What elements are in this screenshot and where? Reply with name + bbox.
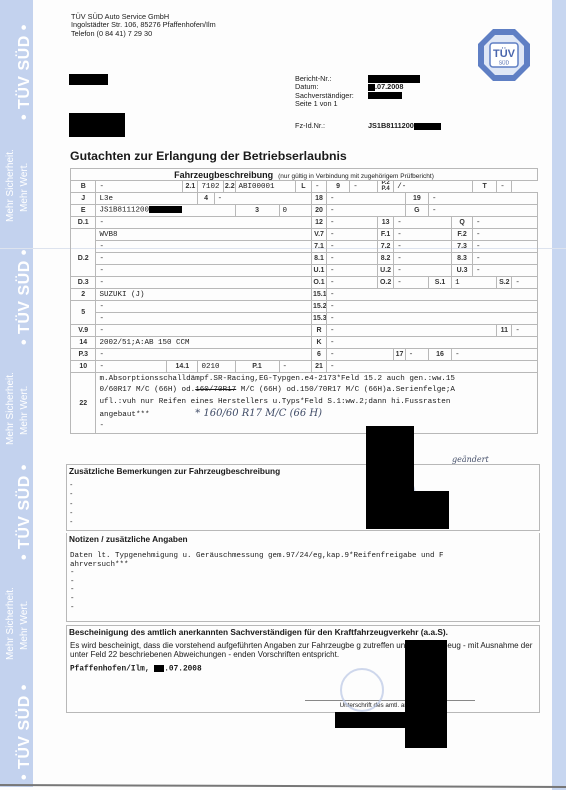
vehicle-description-table: Fahrzeugbeschreibung (nur gültig in Verb… [70, 168, 538, 434]
signature-label: Unterschrift des amtl. ane ständigen [305, 700, 475, 709]
table-row: - 7.1- 7.2- 7.3- [71, 241, 538, 253]
band-slogan-1: Mehr Sicherheit. [6, 587, 16, 660]
table-row: V.9- R- 11- [71, 325, 538, 337]
table-row: - 15.3- [71, 313, 538, 325]
table-row: - 8.1- 8.2- 8.3- [71, 253, 538, 265]
table-row: EJS1B8111200 30 20- G- [71, 205, 538, 217]
notes-lines: Daten lt. Typgenehmigung u. Geräuschmess… [67, 545, 539, 615]
vehicle-id-label: Fz-Id.Nr.: [295, 121, 368, 130]
svg-text:SÜD: SÜD [499, 60, 510, 67]
company-phone: Telefon (0 84 41) 7 29 30 [71, 30, 216, 38]
place-date: Pfaffenhofen/Ilm, .07.2008 [67, 663, 539, 676]
table-row: D.3- O.1- O.2- S.11 S.2- [71, 277, 538, 289]
band-slogan-2: Mehr Wert. [20, 601, 30, 650]
remarks-lines: ----- [67, 477, 539, 529]
document-page: • TÜV SÜD • Mehr Sicherheit. Mehr Wert. … [0, 0, 566, 790]
official-stamp-icon [340, 668, 384, 712]
band-slogan-2: Mehr Wert. [20, 386, 30, 435]
tuv-sud-logo-icon: TÜV SÜD [476, 27, 532, 83]
table-row: - U.1- U.2- U.3- [71, 265, 538, 277]
table-row: D.2 WVB8 V.7- F.1- F.2- [71, 229, 538, 241]
redaction [405, 640, 447, 748]
field-22-text: m.Absorptionsschalldämpf.SR-Racing,EG-Ty… [96, 373, 538, 434]
certification-heading: Bescheinigung des amtlich anerkannten Sa… [67, 626, 539, 638]
band-brand: • TÜV SÜD • [16, 24, 33, 120]
band-slogan-2: Mehr Wert. [20, 163, 30, 212]
redaction [368, 75, 420, 83]
notes-heading: Notizen / zusätzliche Angaben [67, 533, 539, 545]
redaction [368, 84, 375, 91]
report-meta: Bericht-Nr.: Datum:.07.2008 Sachverständ… [295, 75, 420, 108]
remarks-section: Zusätzliche Bemerkungen zur Fahrzeugbesc… [66, 464, 540, 531]
vehicle-description-header: Fahrzeugbeschreibung (nur gültig in Verb… [71, 169, 538, 181]
band-brand: • TÜV SÜD • [16, 464, 33, 560]
redaction [69, 113, 125, 137]
table-row: P.3- 6- 17- 16- [71, 349, 538, 361]
band-slogan-1: Mehr Sicherheit. [6, 149, 16, 222]
field-22-row: 22 m.Absorptionsschalldämpf.SR-Racing,EG… [71, 373, 538, 434]
remarks-heading: Zusätzliche Bemerkungen zur Fahrzeugbesc… [67, 465, 539, 477]
right-band [552, 0, 566, 790]
redaction [335, 712, 447, 728]
table-row: D.1- 12- 13- Q- [71, 217, 538, 229]
handwritten-correction: * 160/60 R17 M/C (66 H) [195, 408, 322, 419]
table-row: 142002/51;A:AB 150 CCM K- [71, 337, 538, 349]
page-title: Gutachten zur Erlangung der Betriebserla… [70, 149, 347, 163]
table-row: 5- 15.2- [71, 301, 538, 313]
redaction [69, 74, 108, 85]
band-brand: • TÜV SÜD • [16, 249, 33, 345]
certification-body: Es wird bescheinigt, dass die vorstehend… [67, 638, 539, 663]
page-edge [0, 784, 566, 788]
vehicle-id: Fz-Id.Nr.:JS1B8111200 [295, 121, 441, 130]
vehicle-id-value: JS1B8111200 [368, 121, 414, 130]
table-row: B- 2.17102 2.2ABI00001 L- 9- P.2P.4 /- T… [71, 181, 538, 193]
table-row: JL3e 4- 18- 19- [71, 193, 538, 205]
redaction [368, 92, 402, 99]
band-slogan-1: Mehr Sicherheit. [6, 372, 16, 445]
tuv-side-band: • TÜV SÜD • Mehr Sicherheit. Mehr Wert. … [0, 0, 33, 787]
redaction [366, 491, 449, 529]
notes-section: Notizen / zusätzliche Angaben Daten lt. … [66, 533, 540, 622]
table-row: 2SUZUKI (J) 15.1- [71, 289, 538, 301]
date-value: .07.2008 [375, 82, 403, 91]
band-brand: • TÜV SÜD • [16, 684, 33, 780]
page-label: Seite 1 von 1 [295, 100, 420, 108]
handwritten-note: geändert [452, 455, 489, 464]
redaction [414, 123, 441, 130]
table-row: 10- 14.10210 P.1- 21- [71, 361, 538, 373]
svg-text:TÜV: TÜV [493, 47, 516, 60]
company-header: TÜV SÜD Auto Service GmbH Ingolstädter S… [71, 13, 216, 38]
